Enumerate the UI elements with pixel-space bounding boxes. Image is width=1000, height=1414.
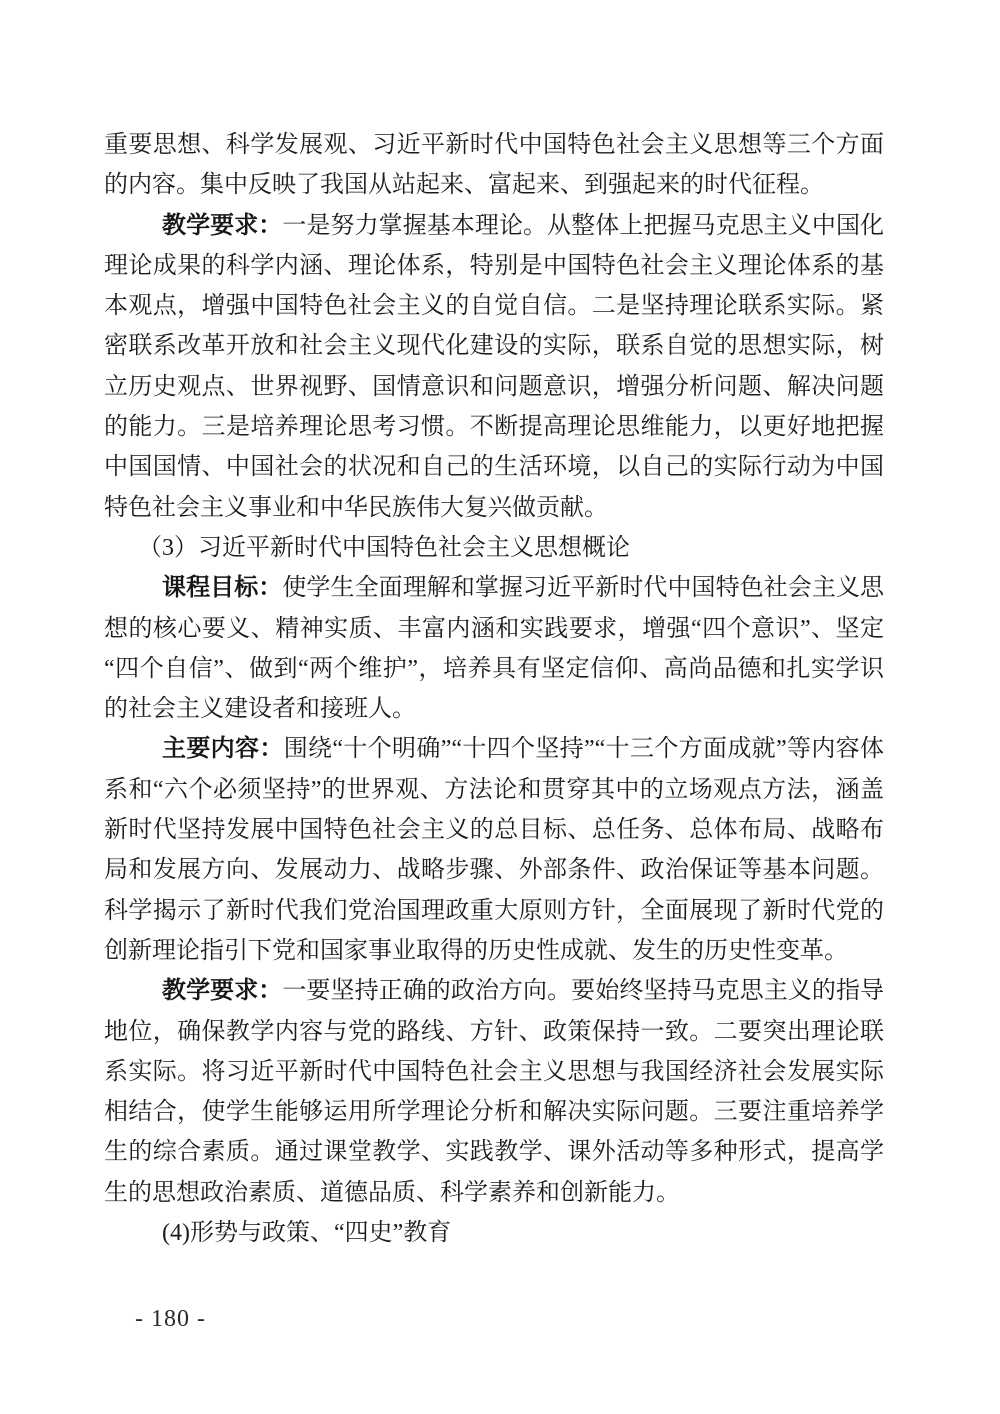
page-number: - 180 - xyxy=(135,1306,206,1333)
document-body: 重要思想、科学发展观、习近平新时代中国特色社会主义思想等三个方面的内容。集中反映… xyxy=(104,125,884,1253)
section-heading: （3）习近平新时代中国特色社会主义思想概论 xyxy=(104,528,884,568)
paragraph-label: 教学要求： xyxy=(162,977,282,1004)
paragraph: 重要思想、科学发展观、习近平新时代中国特色社会主义思想等三个方面的内容。集中反映… xyxy=(104,125,884,206)
paragraph: 课程目标：使学生全面理解和掌握习近平新时代中国特色社会主义思想的核心要义、精神实… xyxy=(104,568,884,729)
paragraph-label: 主要内容： xyxy=(162,735,284,762)
paragraph: 教学要求：一是努力掌握基本理论。从整体上把握马克思主义中国化理论成果的科学内涵、… xyxy=(104,206,884,528)
paragraph: 主要内容：围绕“十个明确”“十四个坚持”“十三个方面成就”等内容体系和“六个必须… xyxy=(104,729,884,971)
paragraph-label: 教学要求： xyxy=(162,212,282,239)
section-heading-text: (4)形势与政策、“四史”教育 xyxy=(162,1220,451,1246)
section-heading: (4)形势与政策、“四史”教育 xyxy=(104,1213,884,1253)
document-page: 重要思想、科学发展观、习近平新时代中国特色社会主义思想等三个方面的内容。集中反映… xyxy=(0,0,1000,1414)
paragraph-label: 课程目标： xyxy=(162,574,282,601)
section-heading-text: （3）习近平新时代中国特色社会主义思想概论 xyxy=(138,535,630,561)
paragraph-text: 围绕“十个明确”“十四个坚持”“十三个方面成就”等内容体系和“六个必须坚持”的世… xyxy=(104,736,884,963)
paragraph-text: 一要坚持正确的政治方向。要始终坚持马克思主义的指导地位，确保教学内容与党的路线、… xyxy=(104,978,884,1205)
paragraph-text: 重要思想、科学发展观、习近平新时代中国特色社会主义思想等三个方面的内容。集中反映… xyxy=(104,132,884,198)
paragraph-text: 一是努力掌握基本理论。从整体上把握马克思主义中国化理论成果的科学内涵、理论体系，… xyxy=(104,213,884,521)
paragraph: 教学要求：一要坚持正确的政治方向。要始终坚持马克思主义的指导地位，确保教学内容与… xyxy=(104,971,884,1213)
